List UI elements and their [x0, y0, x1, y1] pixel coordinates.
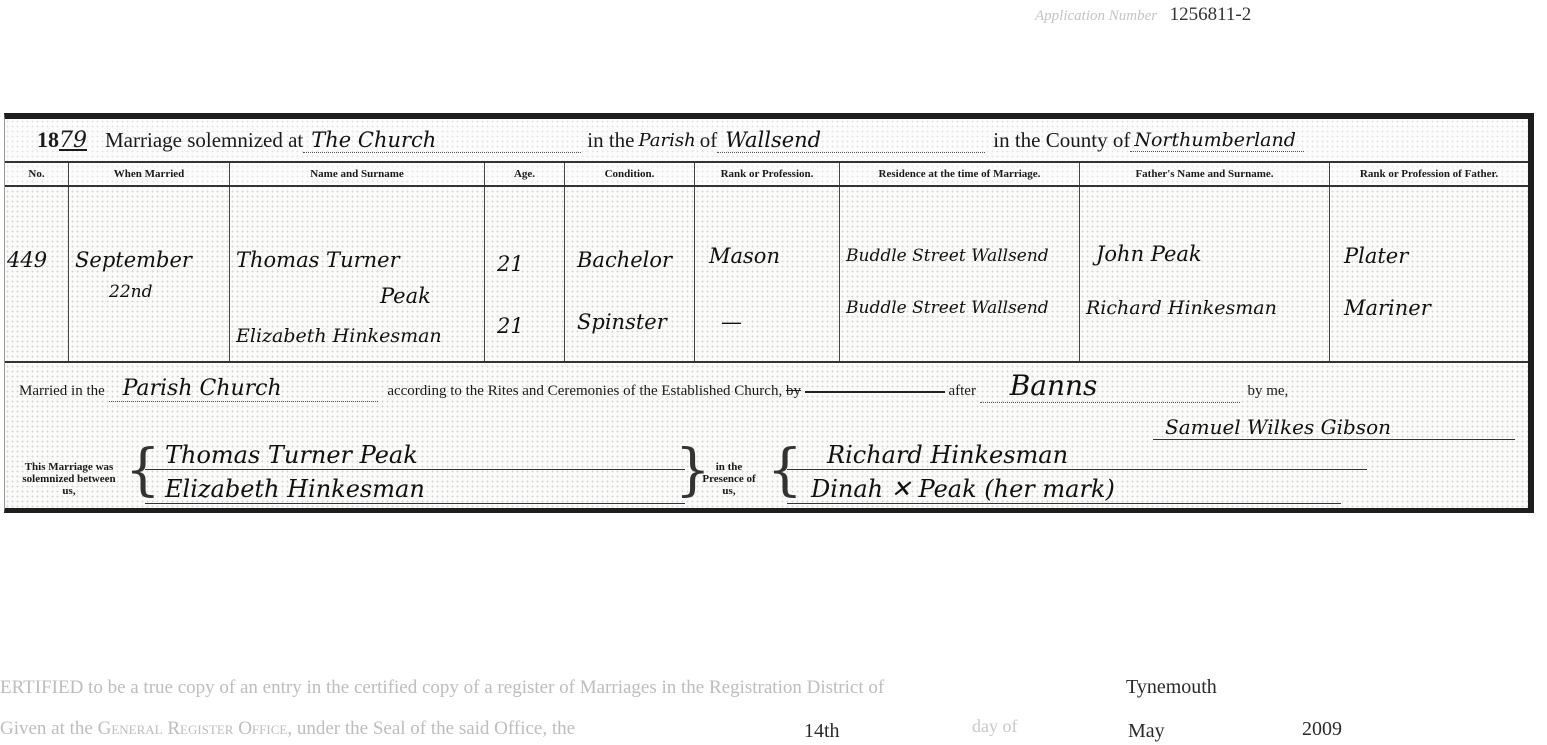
county-label: in the County of — [993, 128, 1130, 153]
year-handwritten: 79 — [59, 128, 87, 153]
groom-name-line2: Peak — [380, 285, 480, 307]
bride-name: Elizabeth Hinkesman — [236, 325, 480, 347]
col-header-when-married: When Married — [69, 163, 230, 185]
bride-father-name: Richard Hinkesman — [1086, 297, 1325, 319]
office-name: General Register Office — [98, 718, 288, 739]
certification-line-1: ERTIFIED to be a true copy of an entry i… — [0, 677, 884, 699]
groom-father-profession: Plater — [1344, 245, 1524, 267]
groom-profession: Mason — [709, 245, 835, 267]
solemnized-label: Marriage solemnized at — [105, 128, 303, 153]
date-day: 22nd — [109, 281, 225, 303]
place-value: The Church — [303, 128, 581, 153]
cert-day: 14th — [804, 720, 840, 743]
county-value: Northumberland — [1130, 129, 1304, 152]
application-number: Application Number 1256811-2 — [1035, 4, 1251, 26]
marriage-register-entry: 1879 Marriage solemnized at The Church i… — [4, 113, 1534, 513]
signatures-block: Samuel Wilkes Gibson This Marriage was s… — [5, 419, 1528, 509]
presence-label: in the Presence of us, — [699, 461, 759, 497]
by-me-label: by me, — [1247, 383, 1288, 399]
witness-2-signature: Dinah ✕ Peak (her mark) — [787, 475, 1341, 504]
by-struck: by — [786, 383, 801, 399]
col-header-profession: Rank or Profession. — [695, 163, 840, 185]
col-header-father-profession: Rank or Profession of Father. — [1330, 163, 1528, 185]
after-label: after — [948, 383, 975, 399]
groom-residence: Buddle Street Wallsend — [846, 245, 1075, 267]
between-label: This Marriage was solemnized between us, — [19, 461, 119, 497]
parish-value: Wallsend — [717, 128, 985, 153]
married-in-value: Parish Church — [109, 376, 378, 402]
cell-residences: Buddle Street Wallsend Buddle Street Wal… — [840, 187, 1080, 361]
column-headers: No. When Married Name and Surname Age. C… — [5, 163, 1528, 187]
bride-age: 21 — [497, 315, 560, 337]
cell-number: 449 — [5, 187, 69, 361]
of-label: of — [700, 128, 718, 153]
col-header-father-name: Father's Name and Surname. — [1080, 163, 1330, 185]
bride-profession: — — [721, 311, 835, 333]
entry-number: 449 — [7, 249, 64, 271]
cert-year: 2009 — [1302, 718, 1342, 741]
after-value: Banns — [980, 369, 1240, 403]
register-title-row: 1879 Marriage solemnized at The Church i… — [5, 119, 1528, 163]
cell-names: Thomas Turner Peak Elizabeth Hinkesman — [230, 187, 485, 361]
cell-father-names: John Peak Richard Hinkesman — [1080, 187, 1330, 361]
certification-line-2: Given at the General Register Office, un… — [0, 718, 575, 740]
bride-residence: Buddle Street Wallsend — [846, 297, 1075, 319]
cell-ages: 21 21 — [485, 187, 565, 361]
col-header-residence: Residence at the time of Marriage. — [840, 163, 1080, 185]
date-month: September — [75, 249, 225, 271]
year-printed: 18 — [37, 127, 59, 153]
day-of-label: day of — [972, 716, 1017, 737]
cert-month: May — [1128, 720, 1165, 743]
application-number-label: Application Number — [1035, 8, 1157, 24]
officiant-signature: Samuel Wilkes Gibson — [1153, 415, 1515, 440]
bride-father-profession: Mariner — [1344, 297, 1524, 319]
bride-signature: Elizabeth Hinkesman — [145, 475, 685, 504]
groom-name-line1: Thomas Turner — [236, 249, 480, 271]
col-header-condition: Condition. — [565, 163, 695, 185]
seal-text: , under the Seal of the said Office, the — [287, 718, 575, 739]
groom-condition: Bachelor — [577, 249, 690, 271]
cell-when-married: September 22nd — [69, 187, 230, 361]
married-in-row: Married in the Parish Church according t… — [19, 369, 1518, 409]
rites-label: according to the Rites and Ceremonies of… — [387, 383, 782, 399]
application-number-value: 1256811-2 — [1170, 4, 1252, 25]
groom-signature: Thomas Turner Peak — [145, 441, 685, 470]
cell-father-professions: Plater Mariner — [1330, 187, 1528, 361]
col-header-no: No. — [5, 163, 69, 185]
in-the-label: in the — [587, 128, 634, 153]
struck-line — [805, 391, 945, 393]
entry-row: 449 September 22nd Thomas Turner Peak El… — [5, 187, 1528, 363]
registration-district: Tynemouth — [1126, 676, 1217, 699]
cell-conditions: Bachelor Spinster — [565, 187, 695, 361]
certification-text: ERTIFIED to be a true copy of an entry i… — [0, 677, 884, 698]
cell-professions: Mason — — [695, 187, 840, 361]
married-in-label: Married in the — [19, 383, 105, 399]
given-at-label: Given at the — [0, 718, 93, 739]
col-header-age: Age. — [485, 163, 565, 185]
district-type-value: Parish — [639, 130, 696, 151]
bride-condition: Spinster — [577, 311, 690, 333]
col-header-name: Name and Surname — [230, 163, 485, 185]
groom-father-name: John Peak — [1096, 243, 1325, 265]
witness-1-signature: Richard Hinkesman — [787, 441, 1367, 470]
groom-age: 21 — [497, 253, 560, 275]
